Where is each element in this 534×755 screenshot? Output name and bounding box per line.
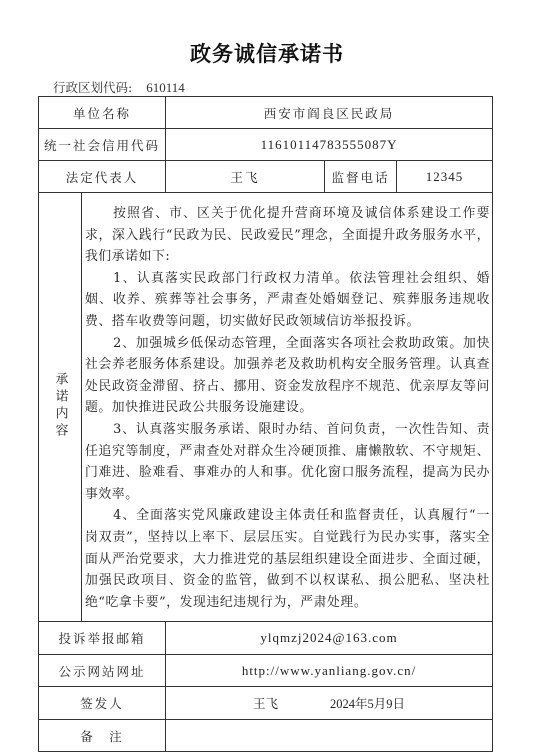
row-signer: 签发人 王飞2024年5月9日 (39, 687, 493, 720)
commitment-label-cell: 承诺内容 (39, 193, 82, 622)
signer-cell: 王飞2024年5月9日 (166, 687, 493, 720)
legal-rep-value: 王飞 (166, 161, 325, 193)
credit-code-label: 统一社会信用代码 (39, 129, 166, 161)
commitment-content: 按照省、市、区关于优化提升营商环境及诚信体系建设工作要求，深入践行“民政为民、民… (82, 193, 493, 622)
signer-label: 签发人 (39, 687, 166, 720)
website-value: http://www.yanliang.gov.cn/ (166, 655, 493, 687)
legal-rep-label: 法定代表人 (39, 161, 166, 193)
sign-date: 2024年5月9日 (330, 697, 405, 711)
row-credit-code: 统一社会信用代码 11610114783555087Y (39, 129, 493, 161)
signer-name: 王飞 (253, 696, 278, 711)
row-remarks: 备 注 (39, 720, 493, 752)
supervision-phone-label: 监督电话 (325, 161, 397, 193)
unit-name-value: 西安市阎良区民政局 (166, 97, 493, 129)
region-code: 行政区划代码:610114 (53, 78, 185, 96)
commitment-paragraph: 3、认真落实服务承诺、限时办结、首问负责，一次性告知、责任追究等制度，严肃查处对… (85, 419, 490, 505)
row-legal-rep: 法定代表人 王飞 监督电话 12345 (39, 161, 493, 193)
row-commitment: 承诺内容 按照省、市、区关于优化提升营商环境及诚信体系建设工作要求，深入践行“民… (39, 193, 493, 622)
document-title: 政务诚信承诺书 (0, 38, 534, 68)
supervision-phone-value: 12345 (397, 161, 493, 193)
commitment-paragraph: 1、认真落实民政部门行政权力清单。依法管理社会组织、婚姻、收养、殡葬等社会事务，… (85, 268, 490, 333)
row-complaint-email: 投诉举报邮箱 ylqmzj2024@163.com (39, 622, 493, 655)
region-code-value: 610114 (146, 80, 185, 95)
row-website: 公示网站网址 http://www.yanliang.gov.cn/ (39, 655, 493, 687)
credit-code-value: 11610114783555087Y (166, 129, 493, 161)
commitment-paragraph: 2、加强城乡低保动态管理，全面落实各项社会救助政策。加快社会养老服务体系建设。加… (85, 333, 490, 419)
region-code-label: 行政区划代码: (53, 80, 132, 95)
commitment-form-table: 单位名称 西安市阎良区民政局 统一社会信用代码 1161011478355508… (38, 96, 493, 752)
complaint-email-label: 投诉举报邮箱 (39, 622, 166, 655)
commitment-paragraph: 按照省、市、区关于优化提升营商环境及诚信体系建设工作要求，深入践行“民政为民、民… (85, 203, 490, 268)
commitment-label: 承诺内容 (51, 372, 70, 440)
complaint-email-value: ylqmzj2024@163.com (166, 622, 493, 655)
website-label: 公示网站网址 (39, 655, 166, 687)
remarks-label: 备 注 (39, 720, 166, 752)
unit-name-label: 单位名称 (39, 97, 166, 129)
remarks-value (166, 720, 493, 752)
row-unit-name: 单位名称 西安市阎良区民政局 (39, 97, 493, 129)
commitment-paragraph: 4、全面落实党风廉政建设主体责任和监督责任，认真履行“一岗双责”，坚持以上率下、… (85, 505, 490, 613)
